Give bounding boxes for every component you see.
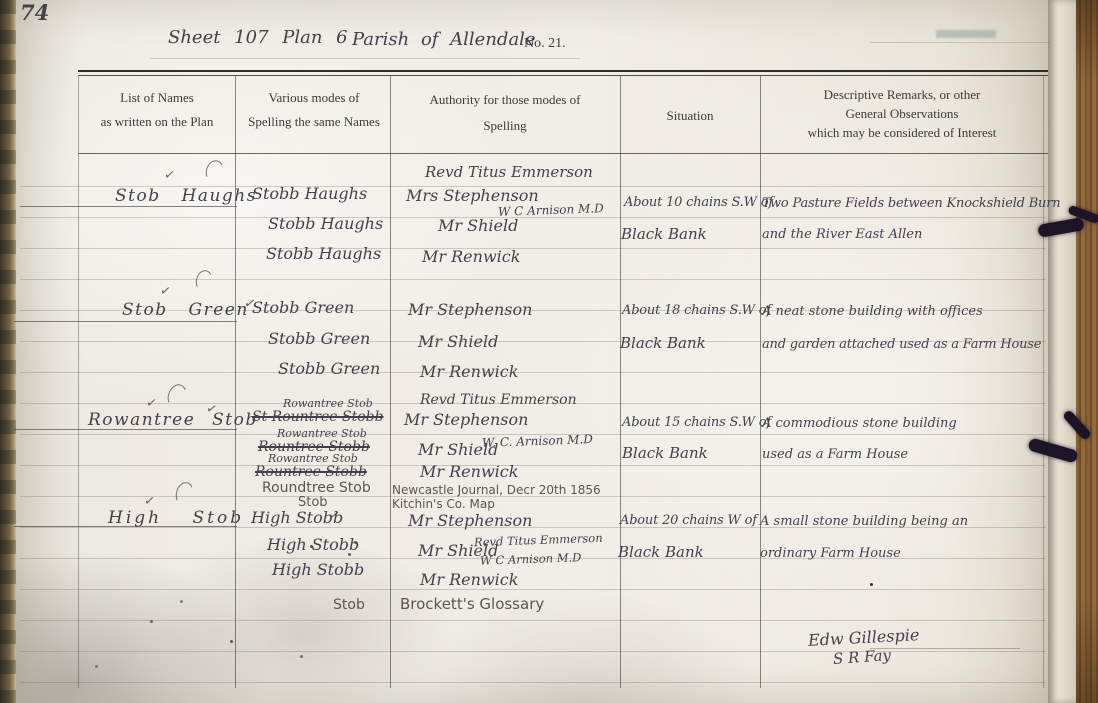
column-rule-4	[760, 75, 761, 688]
entry-2-situation-line1: About 18 chains S.W of	[622, 303, 771, 318]
col-header-authority-line1: Authority for those modes of	[396, 92, 614, 108]
entry-3-authority-4: Mr Renwick	[420, 462, 518, 481]
entry-1-remarks-line2: and the River East Allen	[762, 227, 922, 242]
group-separator-1	[20, 206, 237, 207]
col-header-names-line1: List of Names	[86, 90, 228, 106]
entry-2-spelling-1: Stobb Green	[252, 298, 354, 317]
column-rule-1	[235, 75, 236, 688]
column-rule-2	[390, 75, 391, 688]
entry-4-remarks-line2: ordinary Farm House	[760, 546, 901, 561]
entry-3-authority-1: Revd Titus Emmerson	[420, 392, 577, 408]
entry-3-pencil-spelling-1: Roundtree Stob	[262, 480, 371, 496]
entry-1-name: Stob Haughs	[115, 186, 257, 206]
check-mark-icon: ✓	[163, 167, 176, 183]
entry-2-remarks-line1: A neat stone building with offices	[762, 304, 983, 319]
scanned-ledger-page: 74 Sheet 107 Plan 6 Parish of Allendale …	[0, 0, 1098, 703]
group-separator-2	[14, 321, 237, 322]
header-underline-right	[870, 42, 1050, 43]
entry-3-spelling-struck-1: St Rountree Stobb	[252, 409, 384, 425]
check-mark-icon: ✓	[145, 395, 158, 411]
entry-1-spelling-3: Stobb Haughs	[266, 244, 381, 263]
header-underline	[150, 58, 580, 59]
entry-4-spelling-2: High Stobb	[267, 535, 359, 554]
header-sheet-plan: Sheet 107 Plan 6	[168, 27, 348, 48]
table-header-bottom-rule	[78, 153, 1048, 154]
entry-2-remarks-line2: and garden attached used as a Farm House	[762, 337, 1041, 352]
entry-4-situation-line2: Black Bank	[618, 543, 704, 561]
header-parish: Parish of Allendale	[352, 29, 536, 50]
col-header-remarks-line3: which may be considered of Interest	[768, 125, 1036, 141]
check-mark-icon: ✓	[143, 493, 156, 509]
entry-4-name: High Stob	[108, 508, 244, 528]
col-header-spelling-line2: Spelling the same Names	[238, 114, 390, 130]
entry-3-situation-line1: About 15 chains S.W of	[622, 415, 771, 430]
table-top-rule-heavy	[78, 70, 1048, 72]
entry-2-authority-2: Mr Shield	[418, 332, 498, 351]
signature-underline	[870, 648, 1020, 649]
glossary-source: Brockett's Glossary	[400, 595, 544, 613]
glossary-term: Stob	[333, 597, 365, 613]
col-header-authority-line2: Spelling	[396, 118, 614, 134]
column-rule-right	[1043, 75, 1044, 688]
entry-2-spelling-2: Stobb Green	[268, 329, 370, 348]
table-top-rule-light	[78, 75, 1048, 76]
col-header-remarks-line1: Descriptive Remarks, or other	[768, 87, 1036, 103]
entry-3-authority-2: Mr Stephenson	[404, 410, 528, 429]
column-rule-3	[620, 75, 621, 688]
page-number: 74	[20, 0, 49, 25]
paper-specks	[310, 545, 313, 548]
entry-4-remarks-line1: A small stone building being an	[760, 514, 968, 529]
entry-2-situation-line2: Black Bank	[620, 334, 706, 352]
entry-1-remarks-line1: Two Pasture Fields between Knockshield B…	[762, 196, 1060, 211]
entry-3-name: Rowantree Stob	[88, 410, 258, 430]
col-header-situation: Situation	[625, 108, 755, 124]
entry-3-remarks-line1: A commodious stone building	[762, 416, 957, 431]
underlying-page-edge	[1048, 0, 1076, 703]
entry-3-situation-line2: Black Bank	[622, 444, 708, 462]
wooden-board-edge	[1076, 0, 1098, 703]
entry-2-spelling-3: Stobb Green	[278, 359, 380, 378]
entry-3-pencil-authority-2: Kitchin's Co. Map	[392, 497, 495, 511]
column-rule-left	[78, 75, 79, 688]
entry-1-spelling-1: Stobb Haughs	[252, 184, 367, 203]
entry-4-authority-1: Mr Stephenson	[408, 511, 532, 530]
col-header-spelling-line1: Various modes of	[240, 90, 388, 106]
entry-4-spelling-1: High Stobb	[251, 508, 343, 527]
entry-1-situation-line2: Black Bank	[621, 225, 707, 243]
entry-2-name: Stob Green	[122, 300, 249, 320]
entry-2-authority-3: Mr Renwick	[420, 362, 518, 381]
entry-2-authority-1: Mr Stephenson	[408, 300, 532, 319]
header-number: No. 21.	[524, 36, 566, 52]
binding-left-edge	[0, 0, 16, 703]
entry-1-authority-3: Mr Shield	[438, 216, 518, 235]
entry-4-situation-line1: About 20 chains W of	[620, 513, 757, 528]
entry-3-remarks-line2: used as a Farm House	[762, 447, 908, 462]
entry-1-situation-line1: About 10 chains S.W of	[624, 195, 773, 210]
col-header-remarks-line2: General Observations	[768, 106, 1036, 122]
entry-1-spelling-2: Stobb Haughs	[268, 214, 383, 233]
col-header-names-line2: as written on the Plan	[80, 114, 234, 130]
entry-3-pencil-authority-1: Newcastle Journal, Decr 20th 1856	[392, 483, 601, 497]
entry-1-authority-1: Revd Titus Emmerson	[425, 163, 593, 181]
entry-1-authority-4: Mr Renwick	[422, 247, 520, 266]
entry-4-spelling-3: High Stobb	[272, 560, 364, 579]
faded-stamp-mark	[936, 30, 996, 38]
entry-3-spelling-struck-3: Rountree Stobb	[255, 464, 367, 480]
entry-1-authority-2: Mrs Stephenson	[406, 186, 539, 205]
entry-4-authority-3: Mr Renwick	[420, 570, 518, 589]
